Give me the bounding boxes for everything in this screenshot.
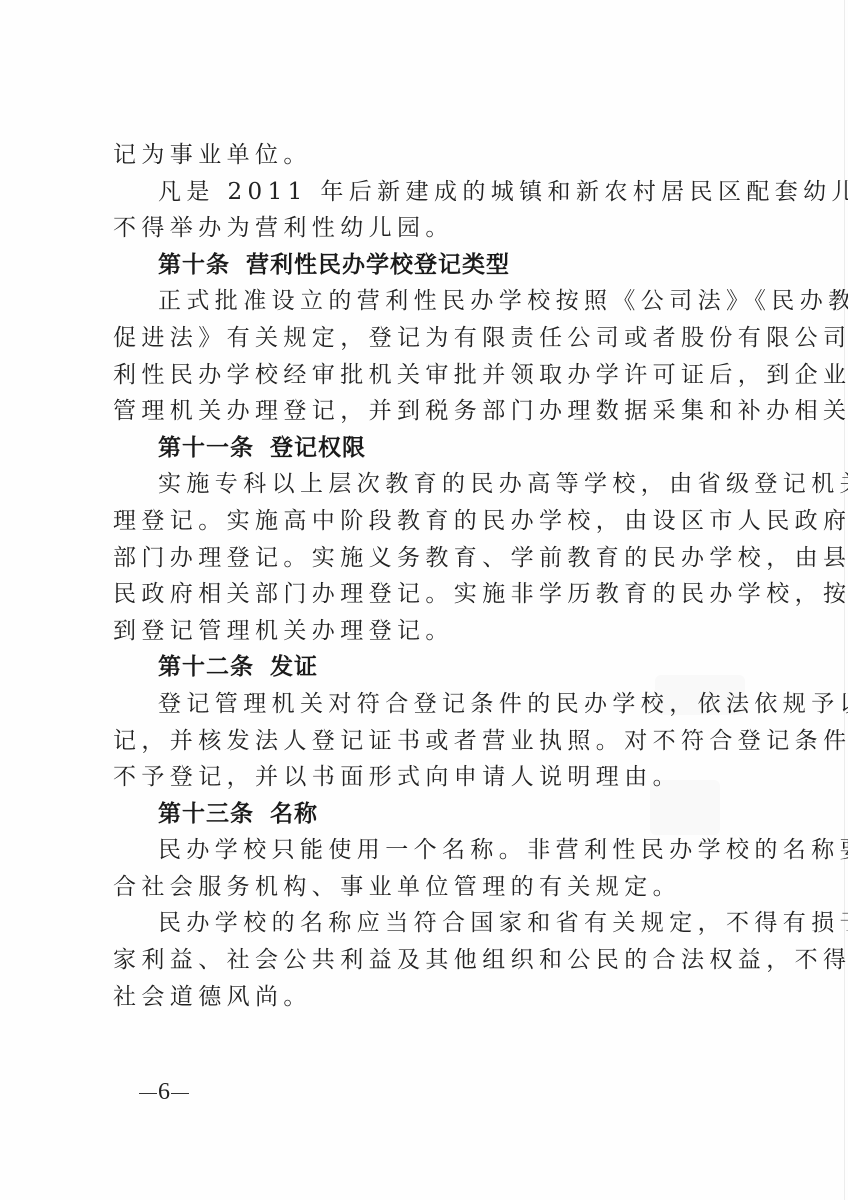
body-paragraph: 民办学校的名称应当符合国家和省有关规定，不得有损于国家利益、社会公共利益及其他组… — [113, 905, 749, 1015]
document-body: 记为事业单位。凡是 2011 年后新建成的城镇和新农村居民区配套幼儿园，不得举办… — [113, 137, 749, 1015]
article-number: 第十条 — [158, 247, 230, 284]
text-line: 不得举办为营利性幼儿园。 — [113, 210, 749, 247]
text-line: 理登记。实施高中阶段教育的民办学校，由设区市人民政府相关 — [113, 503, 749, 540]
text-line: 社会道德风尚。 — [113, 979, 749, 1016]
article-heading: 第十一条登记权限 — [113, 430, 749, 467]
page-number-dash-left — [139, 1093, 157, 1094]
body-paragraph: 实施专科以上层次教育的民办高等学校，由省级登记机关办理登记。实施高中阶段教育的民… — [113, 466, 749, 649]
article-title: 发证 — [270, 654, 318, 680]
article-number: 第十二条 — [158, 649, 254, 686]
text-line: 记，并核发法人登记证书或者营业执照。对不符合登记条件的， — [113, 723, 749, 760]
text-line: 登记管理机关对符合登记条件的民办学校，依法依规予以登 — [113, 686, 749, 723]
text-line: 民政府相关部门办理登记。实施非学历教育的民办学校，按规定 — [113, 576, 749, 613]
body-paragraph: 凡是 2011 年后新建成的城镇和新农村居民区配套幼儿园，不得举办为营利性幼儿园… — [113, 174, 749, 247]
text-line: 合社会服务机构、事业单位管理的有关规定。 — [113, 869, 749, 906]
text-line: 凡是 2011 年后新建成的城镇和新农村居民区配套幼儿园， — [113, 174, 749, 211]
body-paragraph: 正式批准设立的营利性民办学校按照《公司法》《民办教育促进法》有关规定，登记为有限… — [113, 283, 749, 429]
text-line: 管理机关办理登记，并到税务部门办理数据采集和补办相关手续。 — [113, 393, 749, 430]
page-number: 6 — [138, 1079, 190, 1106]
text-line: 民办学校只能使用一个名称。非营利性民办学校的名称要符 — [113, 832, 749, 869]
article-title: 名称 — [270, 801, 318, 827]
text-line: 民办学校的名称应当符合国家和省有关规定，不得有损于国 — [113, 905, 749, 942]
text-line: 记为事业单位。 — [113, 137, 749, 174]
text-line: 家利益、社会公共利益及其他组织和公民的合法权益，不得违背 — [113, 942, 749, 979]
article-title: 登记权限 — [270, 435, 366, 461]
text-line: 部门办理登记。实施义务教育、学前教育的民办学校，由县级人 — [113, 540, 749, 577]
body-paragraph: 民办学校只能使用一个名称。非营利性民办学校的名称要符合社会服务机构、事业单位管理… — [113, 832, 749, 905]
text-line: 促进法》有关规定，登记为有限责任公司或者股份有限公司。营 — [113, 320, 749, 357]
text-line: 正式批准设立的营利性民办学校按照《公司法》《民办教育 — [113, 283, 749, 320]
document-page: 记为事业单位。凡是 2011 年后新建成的城镇和新农村居民区配套幼儿园，不得举办… — [0, 0, 848, 1200]
body-paragraph: 登记管理机关对符合登记条件的民办学校，依法依规予以登记，并核发法人登记证书或者营… — [113, 686, 749, 796]
article-number: 第十一条 — [158, 430, 254, 467]
text-line: 不予登记，并以书面形式向申请人说明理由。 — [113, 759, 749, 796]
article-heading: 第十三条名称 — [113, 796, 749, 833]
page-number-dash-right — [171, 1093, 189, 1094]
text-line: 到登记管理机关办理登记。 — [113, 613, 749, 650]
article-heading: 第十二条发证 — [113, 649, 749, 686]
article-title: 营利性民办学校登记类型 — [246, 252, 510, 278]
article-heading: 第十条营利性民办学校登记类型 — [113, 247, 749, 284]
body-paragraph: 记为事业单位。 — [113, 137, 749, 174]
article-number: 第十三条 — [158, 796, 254, 833]
text-line: 实施专科以上层次教育的民办高等学校，由省级登记机关办 — [113, 466, 749, 503]
page-number-value: 6 — [158, 1079, 170, 1105]
text-line: 利性民办学校经审批机关审批并领取办学许可证后，到企业登记 — [113, 357, 749, 394]
